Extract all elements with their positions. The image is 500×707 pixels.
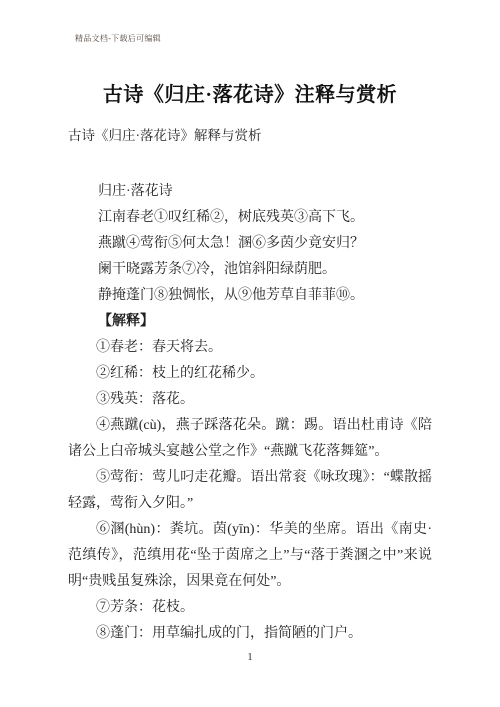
poem-line-4: 静掩蓬门⑧独惆怅，从⑨他芳草自菲菲⑩。 [68, 283, 432, 309]
document-subtitle: 古诗《归庄·落花诗》解释与赏析 [68, 126, 432, 146]
explanation-note-1: ①春老：春天将去。 [68, 335, 432, 361]
poem-line-3: 阑干晓露芳条⑦冷，池馆斜阳绿荫肥。 [68, 257, 432, 283]
document-title: 古诗《归庄·落花诗》注释与赏析 [0, 0, 500, 112]
document-page: 精品文档-下载后可编辑 古诗《归庄·落花诗》注释与赏析 古诗《归庄·落花诗》解释… [0, 0, 500, 707]
poem-block: 归庄·落花诗 江南春老①叹红稀②，树底残英③高下飞。 燕蹴④莺衔⑤何太急！溷⑥多… [68, 179, 432, 309]
page-number: 1 [0, 650, 500, 664]
header-watermark-note: 精品文档-下载后可编辑 [75, 33, 161, 45]
explanation-note-4: ④燕蹴(cù)，燕子踩落花朵。蹴：踢。语出杜甫诗《陪诸公上白帝城头宴越公堂之作》… [68, 413, 432, 465]
explanation-note-3: ③残英：落花。 [68, 387, 432, 413]
explanation-note-6: ⑥溷(hùn)：粪坑。茵(yīn)：华美的坐席。语出《南史·范缜传》，范缜用花“… [68, 517, 432, 595]
explanation-note-5: ⑤莺衔：莺儿叼走花瓣。语出常衮《咏玫瑰》：“蝶散摇轻露，莺衔入夕阳。” [68, 465, 432, 517]
document-body: 归庄·落花诗 江南春老①叹红稀②，树底残英③高下飞。 燕蹴④莺衔⑤何太急！溷⑥多… [68, 179, 432, 647]
explanation-note-8: ⑧蓬门：用草编扎成的门，指简陋的门户。 [68, 621, 432, 647]
section-heading-explanation: 【解释】 [68, 309, 432, 335]
poem-line-1: 江南春老①叹红稀②，树底残英③高下飞。 [68, 205, 432, 231]
poem-line-2: 燕蹴④莺衔⑤何太急！溷⑥多茵少竟安归？ [68, 231, 432, 257]
poem-title: 归庄·落花诗 [68, 179, 432, 205]
explanation-note-7: ⑦芳条：花枝。 [68, 595, 432, 621]
explanation-note-2: ②红稀：枝上的红花稀少。 [68, 361, 432, 387]
